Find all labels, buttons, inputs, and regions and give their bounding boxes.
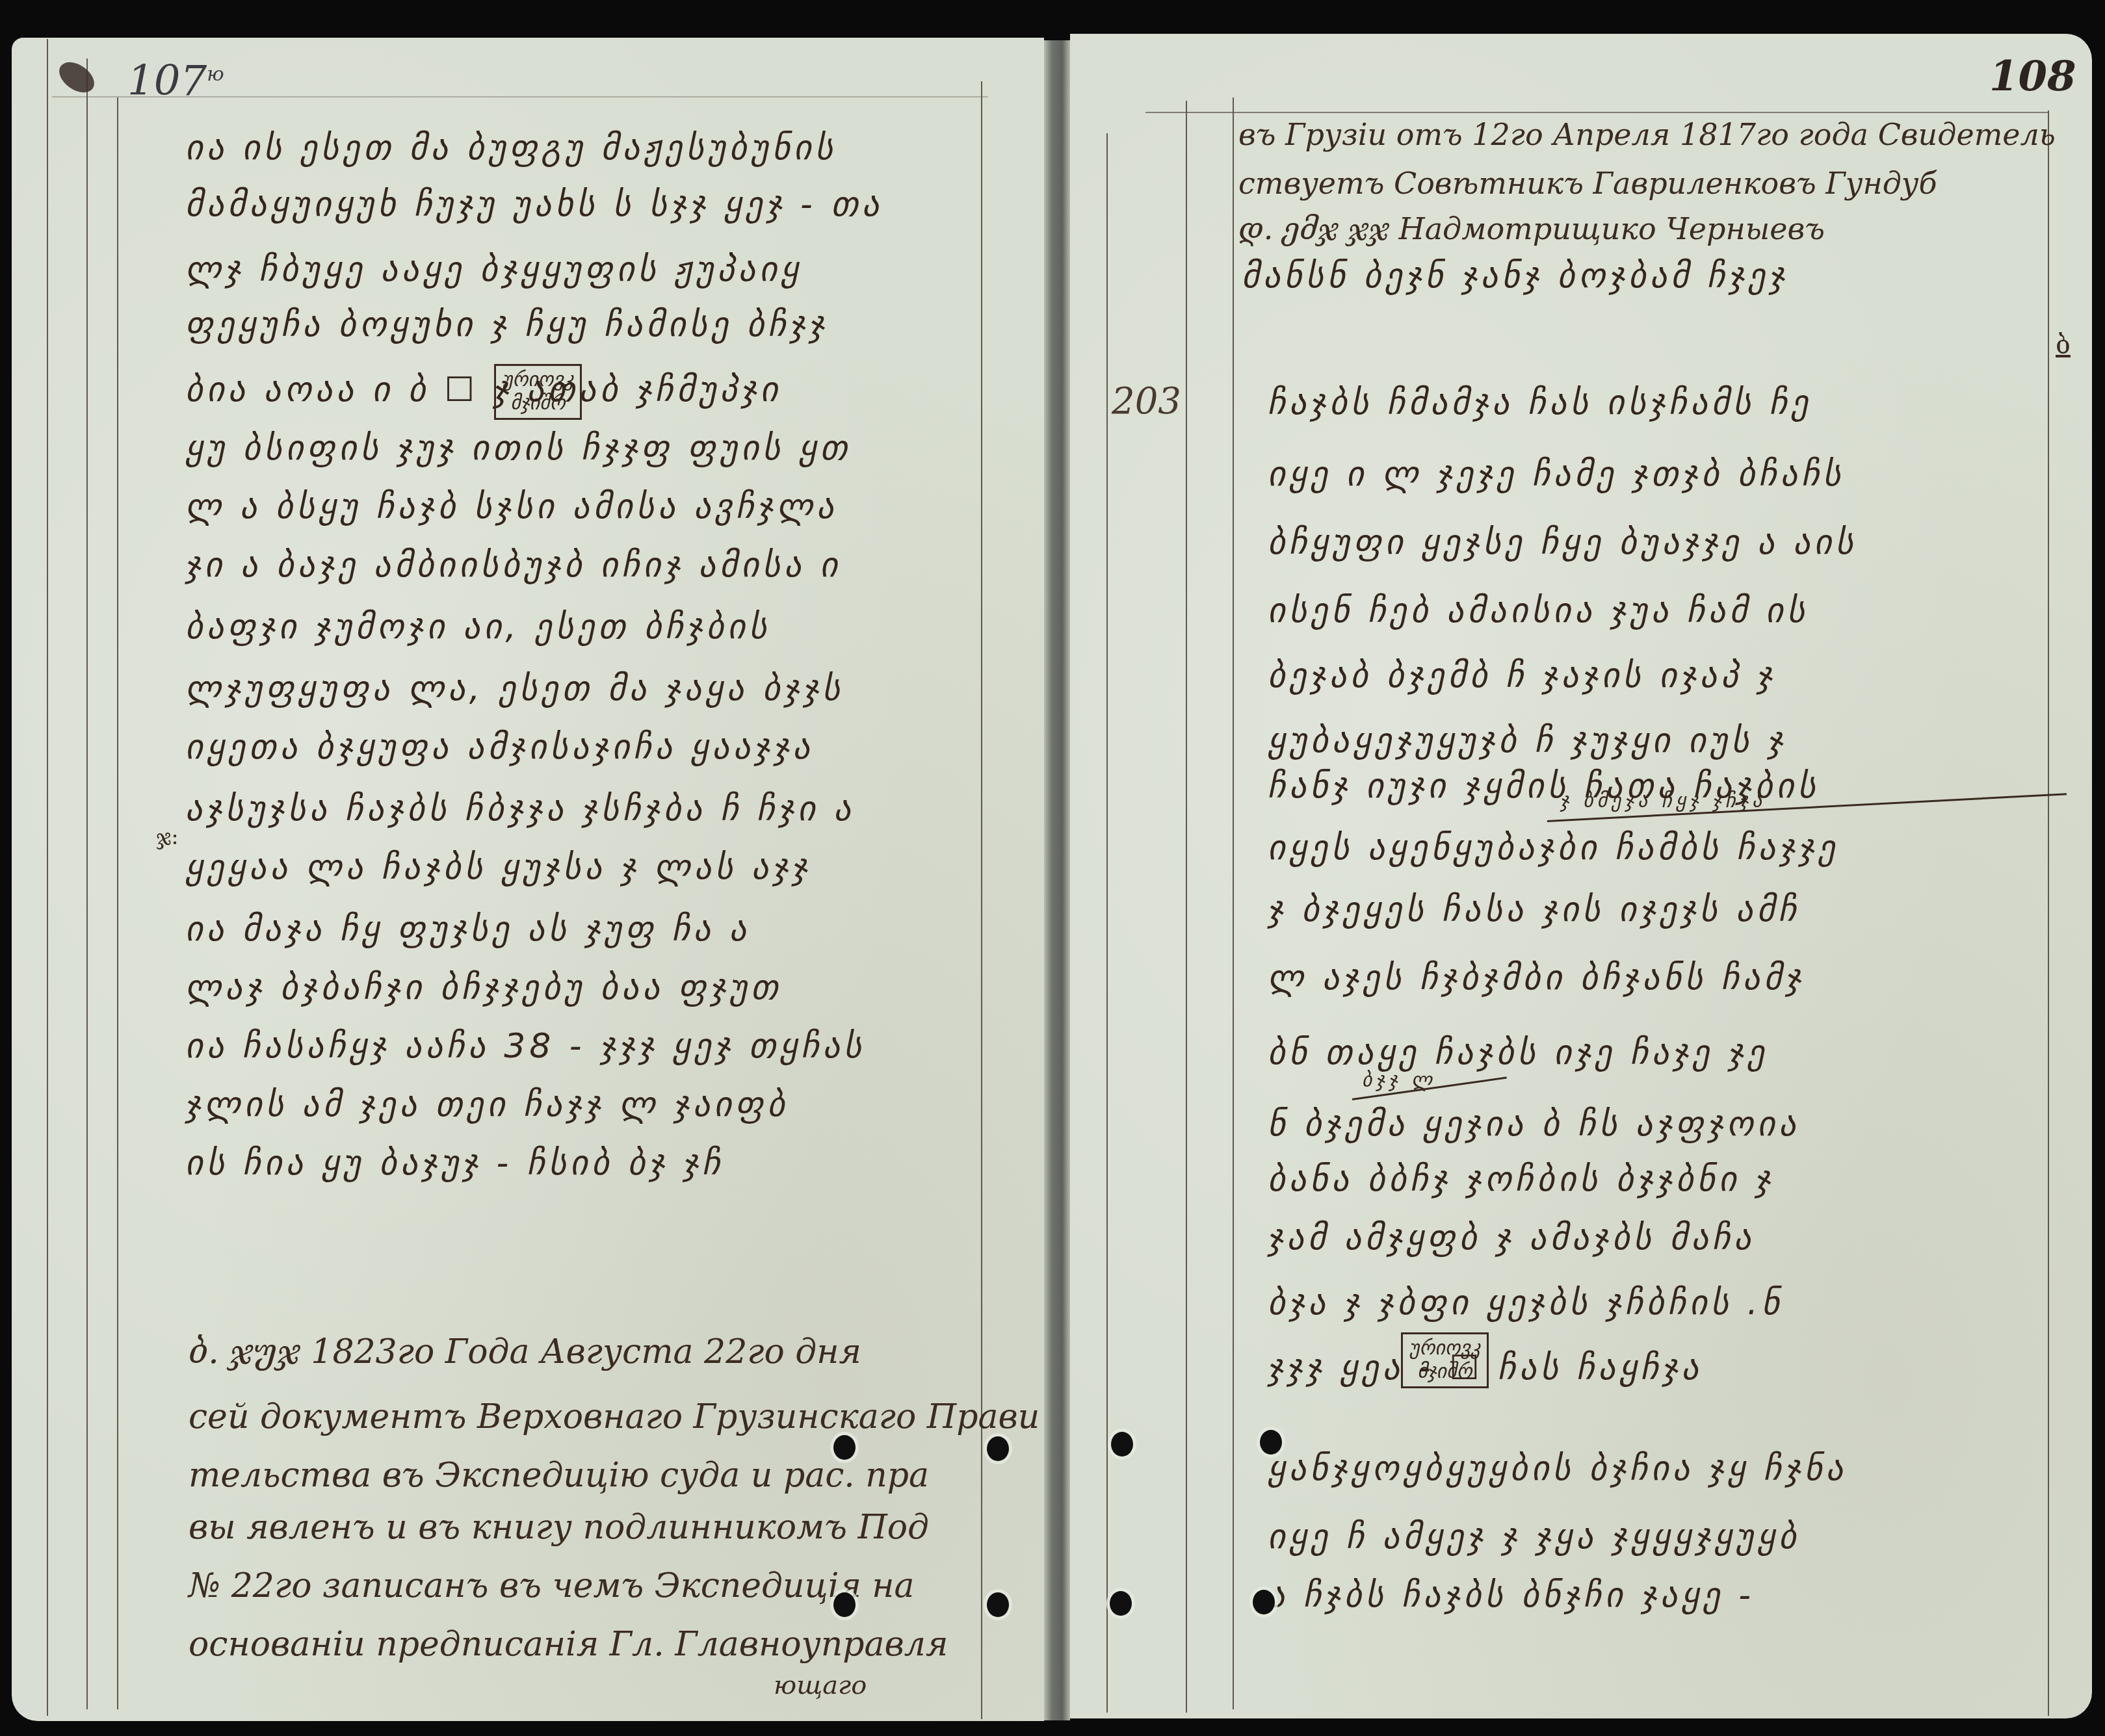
right-line-18: იყე ჩ ამყეჯ ჯ ჯყა ჯყყყჯყუყბ: [1268, 1518, 1800, 1557]
left-line-11: იყეთა ბჯყუფა ამჯისაჯიჩა ყააჯჯა: [185, 728, 814, 767]
right-ruling-right: [2048, 110, 2049, 1716]
interlinear-annotation-1: ჯ ბმეჯა ჩყჯ ჯჩჯა: [1560, 790, 1766, 812]
page-number-text: 107: [127, 57, 207, 105]
right-line-12: ნ ბჯემა ყეჯია ბ ჩს აჯფჯოია: [1268, 1105, 1800, 1144]
left-ruling-2: [86, 58, 88, 1709]
right-header-rule: [1145, 112, 2049, 113]
right-line-17: ყანჯყოყბყუყბის ბჯჩია ჯყ ჩჯნა: [1268, 1449, 1847, 1488]
right-line-8: იყეს აყენყუბაჯბი ჩამბს ჩაჯჯე: [1268, 829, 1839, 868]
right-ruling-2: [1186, 101, 1187, 1713]
left-line-6: ყუ ბსიფის ჯუჯ ითის ჩჯჯფ ფუის ყთ: [185, 429, 851, 468]
right-line-11: ბნ თაყე ჩაჯბს იჯე ჩაჯე ჯე: [1268, 1033, 1768, 1072]
russian-note-line-7: ющаго: [774, 1670, 867, 1700]
boxed-annotation-line-2: მჯიშრ: [1409, 1360, 1480, 1384]
right-line-2: იყე ი ლ ჯეჯე ჩამე ჯთჯბ ბჩაჩს: [1268, 455, 1844, 494]
russian-header-line-1: въ Грузіи отъ 12го Апреля 1817го года Св…: [1238, 117, 2056, 152]
left-ruling-3: [117, 97, 118, 1709]
left-line-16: ია ჩასაჩყჯ ააჩა 38 - ჯჯჯ ყეჯ თყჩას: [185, 1027, 865, 1066]
left-line-14: ია მაჯა ჩყ ფუჯსე ას ჯუფ ჩა ა: [185, 910, 750, 949]
book-gutter: [1044, 40, 1070, 1720]
left-line-7: ლ ა ბსყუ ჩაჯბ სჯსი ამისა ავჩჯლა: [185, 487, 838, 526]
left-page-number: 107ю: [127, 57, 224, 105]
binding-hole: [1111, 1432, 1133, 1457]
binding-hole: [1253, 1590, 1275, 1614]
binding-hole: [987, 1592, 1009, 1617]
right-line-13: ბანა ბბჩჯ ჯოჩბის ბჯჯბნი ჯ: [1268, 1160, 1774, 1199]
left-line-1: ია ის ესეთ მა ბუფგუ მაჟესუბუნის: [185, 129, 837, 168]
page-number-suffix: ю: [207, 63, 224, 86]
header-georgian-line: მანსნ ბეჯნ ჯანჯ ბოჯბამ ჩჯეჯ: [1242, 257, 1788, 296]
binding-hole: [1110, 1591, 1132, 1616]
right-ruling-1: [1106, 133, 1108, 1713]
left-line-10: ლჯუფყუფა ლა, ესეთ მა ჯაყა ბჯჯს: [185, 669, 844, 708]
boxed-annotation-left: ურიოვკ მჯიშრ: [494, 364, 582, 420]
left-ruling-right: [981, 81, 982, 1719]
russian-note-line-1: ბ. ჯუჯ 1823го Года Августа 22го дня: [189, 1332, 861, 1371]
right-page-number: 108: [1989, 52, 2076, 101]
right-line-14: ჯამ ამჯყფბ ჯ ამაჯბს მაჩა: [1268, 1219, 1755, 1258]
margin-letter: ბ: [2056, 330, 2071, 360]
left-line-15: ლაჯ ბჯბაჩჯი ბჩჯჯებუ ბაა ფჯუთ: [185, 968, 782, 1007]
russian-note-line-3: тельства въ Экспедицію суда и рас. пра: [189, 1456, 929, 1495]
binding-hole: [833, 1435, 856, 1460]
left-ruling-1: [47, 39, 48, 1716]
russian-header-line-3: დ. ემჯ ჯჯ Надмотрищико Черныевъ: [1238, 211, 1825, 246]
right-line-1: ჩაჯბს ჩმამჯა ჩას ისჯჩამს ჩე: [1268, 383, 1812, 422]
left-line-9: ბაფჯი ჯუმოჯი აი, ესეთ ბჩჯბის: [185, 608, 770, 647]
right-line-6: ყუბაყეჯუყუჯბ ჩ ჯუჯყი იუს ჯ: [1268, 721, 1786, 760]
right-line-5: ბეჯაბ ბჯემბ ჩ ჯაჯის იჯაპ ჯ: [1268, 656, 1776, 695]
russian-note-line-2: сей документъ Верховнаго Грузинскаго Пра…: [189, 1397, 1039, 1436]
right-line-10: ლ აჯეს ჩჯბჯმბი ბჩჯანს ჩამჯ: [1268, 959, 1805, 998]
right-line-9: ჯ ბჯეყეს ჩასა ჯის იჯეჯს ამჩ: [1268, 890, 1800, 929]
left-line-18: ის ჩია ყუ ბაჯუჯ - ჩსიბ ბჯ ჯჩ: [185, 1144, 724, 1183]
left-line-2: მამაყუიყუხ ჩუჯუ უახს ს სჯჯ ყეჯ - თა: [185, 185, 883, 224]
left-line-17: ჯლის ამ ჯეა თეი ჩაჯჯ ლ ჯაიფბ: [185, 1085, 789, 1124]
boxed-annotation-line-2: მჯიშრ: [503, 392, 573, 415]
right-line-19: ა ჩჯბს ჩაჯბს ბნჯჩი ჯაყე -: [1268, 1576, 1755, 1615]
right-line-4: ისენ ჩებ ამაისია ჯუა ჩამ ის: [1268, 591, 1809, 630]
left-line-4: ფეყუჩა ბოყუხი ჯ ჩყუ ჩამისე ბჩჯჯ: [185, 305, 828, 344]
right-ruling-3: [1233, 97, 1234, 1709]
binding-hole: [987, 1436, 1009, 1461]
russian-header-line-2: ствуетъ Совѣтникъ Гавриленковъ Гундуб: [1238, 166, 1937, 201]
left-line-8: ჯი ა ბაჯე ამბიისბუჯბ იჩიჯ ამისა ი: [185, 546, 841, 585]
left-line-13: ყეყაა ლა ჩაჯბს ყუჯსა ჯ ლას აჯჯ: [185, 848, 811, 887]
boxed-annotation-line-1: ურიოვკ: [503, 369, 573, 392]
left-line-5: ბია აოაა ი ბ ☐ ჯ ათაბ ჯჩმუპჯი: [185, 370, 782, 409]
right-line-15: ბჯა ჯ ჯბფი ყეჯბს ჯჩბჩის .ნ: [1268, 1284, 1783, 1323]
binding-hole: [1260, 1430, 1282, 1455]
boxed-annotation-line-1: ურიოვკ: [1409, 1337, 1480, 1360]
right-line-3: ბჩყუფი ყეჯსე ჩყე ბუაჯჯე ა აის: [1268, 523, 1857, 562]
entry-number: 203: [1112, 380, 1181, 422]
left-line-3: ლჯ ჩბუყე ააყე ბჯყყუფის ჟუპაიყ: [185, 250, 802, 289]
boxed-annotation-right: ურიოვკ მჯიშრ: [1401, 1332, 1489, 1388]
binding-hole: [833, 1592, 856, 1617]
left-line-12: აჯსუჯსა ჩაჯბს ჩბჯჯა ჯსჩჯბა ჩ ჩჯი ა: [185, 790, 855, 829]
russian-note-line-4: вы явленъ и въ книгу подлинникомъ Под: [189, 1508, 929, 1547]
russian-note-line-5: № 22го записанъ въ чемъ Экспедиція на: [189, 1566, 915, 1605]
russian-note-line-6: основаніи предписанія Гл. Главноуправля: [189, 1625, 948, 1664]
margin-mark: ჯ:: [156, 824, 179, 850]
